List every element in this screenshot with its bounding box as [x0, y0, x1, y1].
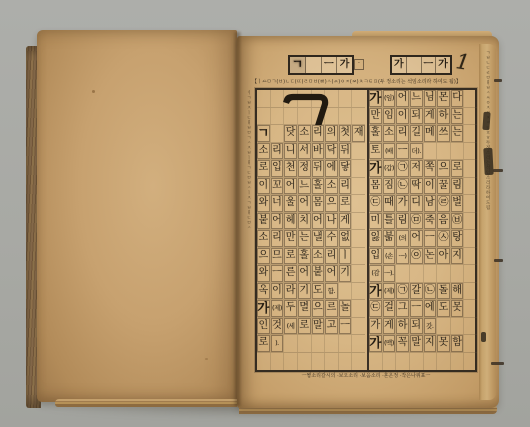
grid-cell [312, 353, 326, 371]
grid-cell: 림 [451, 178, 465, 195]
grid-cell: 걸 [383, 300, 397, 317]
grid-cell: (배 [383, 143, 397, 160]
left-blank-page [37, 30, 237, 402]
grid-cell: 리 [396, 125, 410, 142]
grid-cell: 도 [437, 300, 451, 317]
grid-cell: 는 [298, 230, 312, 247]
grid-cell [352, 248, 365, 265]
grid-cell: 게 [424, 108, 438, 125]
grid-cell: 어 [298, 265, 312, 282]
grid-cell [464, 178, 477, 195]
grid-cell [271, 353, 285, 371]
grid-cell: 말 [312, 318, 326, 335]
grid-cell [464, 318, 477, 335]
grid-cell: ㉦ [437, 230, 451, 247]
grid-cell: 벌 [451, 195, 465, 212]
grid-cell: ㉠ [396, 283, 410, 300]
entry-row: 토(배ㅡ더). [369, 143, 477, 161]
grid-cell [312, 335, 326, 352]
grid-cell: 쓰 [437, 125, 451, 142]
grid-cell [451, 143, 465, 160]
gutter-margin-print: ㅕㄱㅂㅈㅣㄷㅐㅂㅁㄱㅅㅈㅂㅣㅐㄱㄷㅁㅂㅅㅣㅈㄱㅂㅐㄷㅁㅅ [243, 90, 253, 368]
grid-cell [464, 108, 477, 125]
page-stack-edges-left [55, 399, 237, 407]
curl-edge-print: ㄱㅂㄴㄷㄹㅁㅐㅂㅅㅆㅇㅈㅉㅊㅋㅌㅍㅎ두정소리는석임소리라하여도됨 [483, 50, 492, 394]
headword-cell: 가 [369, 283, 383, 300]
grid-cell: 죽 [424, 213, 438, 230]
grid-cell: ㅡ) [396, 248, 410, 265]
grid-cell: 어 [396, 90, 410, 107]
grid-cell: 게 [383, 318, 397, 335]
entry-row: 이꼬어느홀소리 [257, 178, 365, 196]
grid-cell: ㅡ [410, 300, 424, 317]
grid-column-left: ㄱ닷소리의첫재소리니서바닥뒤로입천정뒤에닿이꼬어느홀소리와너울어몸으로붙어헤치어… [257, 90, 365, 370]
grid-cell: 몸 [312, 195, 326, 212]
grid-cell: 에 [325, 160, 339, 177]
grid-cell [298, 353, 312, 371]
paper-stain [205, 358, 208, 360]
grid-cell: 함. [325, 283, 339, 300]
grid-cell [352, 300, 365, 317]
grid-cell: 의 [325, 125, 339, 142]
photo-scene: ㅕㄱㅂㅈㅣㄷㅐㅂㅁㄱㅅㅈㅂㅣㅐㄱㄷㅁㅂㅅㅣㅈㄱㅂㅐㄷㅁㅅ ㄱ ㅡ 가 · 가 ㅡ… [0, 0, 530, 427]
grid-cell: 홀 [298, 248, 312, 265]
grid-cell: 몸 [369, 178, 383, 195]
grid-cell: 꼭 [396, 335, 410, 352]
grid-cell: 토 [369, 143, 383, 160]
grid-cell: 로 [339, 195, 353, 212]
entry-row: 가게하되갓. [369, 318, 477, 336]
grid-cell: 딱 [410, 178, 424, 195]
grid-cell: 어 [298, 195, 312, 212]
grid-cell: 으 [312, 300, 326, 317]
entry-row: ㉢걸그ㅡ에도못 [369, 300, 477, 318]
grid-cell: 그 [396, 300, 410, 317]
grid-cell: 놀 [339, 300, 353, 317]
ink-bleed-mark [481, 332, 486, 342]
entry-row: 인것(세로말고ㅡ [257, 318, 365, 336]
grid-cell: 는 [451, 125, 465, 142]
entry-row: 로입천정뒤에닿 [257, 160, 365, 178]
grid-cell: 없 [339, 230, 353, 247]
grid-cell: 리 [312, 125, 326, 142]
headword-cell: 가 [369, 335, 383, 352]
grid-cell [339, 335, 353, 352]
grid-cell [424, 265, 438, 282]
headword-cell: 가 [257, 300, 271, 317]
grid-cell: ㅡ). [383, 265, 397, 282]
grid-cell [410, 265, 424, 282]
grid-cell: ㅡ [271, 265, 285, 282]
grid-cell [339, 108, 353, 125]
grid-cell: 에 [424, 300, 438, 317]
grid-cell: ). [271, 335, 285, 352]
grid-cell: 꿀 [437, 178, 451, 195]
grid-cell [424, 353, 438, 371]
grid-cell: 못 [437, 335, 451, 352]
entry-row: 붙어헤치어나게 [257, 213, 365, 231]
range-end-glyph: 가 [436, 57, 450, 73]
grid-cell [464, 300, 477, 317]
grid-cell: (제) [271, 300, 285, 317]
grid-cell: 로 [298, 318, 312, 335]
grid-cell: 말 [410, 335, 424, 352]
grid-cell: 와 [257, 195, 271, 212]
grid-cell [464, 335, 477, 352]
grid-cell [464, 248, 477, 265]
grid-cell: 함 [451, 335, 465, 352]
grid-cell: 뒤 [339, 143, 353, 160]
grid-cell: 돌 [437, 283, 451, 300]
grid-cell [464, 143, 477, 160]
grid-cell: 짐 [383, 178, 397, 195]
entry-row: 가(제)㉠갈㉡돌해 [369, 283, 477, 301]
grid-cell: ㉢ [369, 195, 383, 212]
grid-cell: 소 [257, 143, 271, 160]
grid-cell: ㉢ [369, 300, 383, 317]
grid-cell: 뒤 [312, 160, 326, 177]
grid-cell: (의 [396, 230, 410, 247]
grid-cell: 도 [312, 283, 326, 300]
manuscript-grid: ㄱ닷소리의첫재소리니서바닥뒤로입천정뒤에닿이꼬어느홀소리와너울어몸으로붙어헤치어… [255, 88, 477, 372]
range-cell [407, 57, 422, 73]
entry-row: 잃붊(의어ㅡ㉦탕 [369, 230, 477, 248]
entry-row: 소리니서바닥뒤 [257, 143, 365, 161]
grid-cell: 갈 [410, 283, 424, 300]
grid-cell: 두 [284, 300, 298, 317]
grid-cell [396, 353, 410, 371]
grid-cell: (손 [383, 248, 397, 265]
grid-cell: 홀 [312, 178, 326, 195]
entry-row: 가(갑)㉠저쪽으로 [369, 160, 477, 178]
entry-row: 옥이라기도함. [257, 283, 365, 301]
grid-cell [451, 265, 465, 282]
grid-cell: 홀 [369, 125, 383, 142]
grid-cell [464, 90, 477, 107]
grid-cell: 리 [271, 230, 285, 247]
page-edge-curl: ㄱㅂㄴㄷㄹㅁㅐㅂㅅㅆㅇㅈㅉㅊㅋㅌㅍㅎ두정소리는석임소리라하여도됨 [479, 44, 496, 400]
range-end-glyph: 가 [337, 57, 352, 73]
range-mark: · [354, 59, 364, 70]
grid-cell: 나 [325, 213, 339, 230]
range-cell [306, 57, 322, 73]
grid-cell: 림 [396, 213, 410, 230]
grid-cell: 라 [284, 283, 298, 300]
grid-cell: (갑) [383, 160, 397, 177]
fore-edge-mark [493, 169, 503, 172]
grid-cell: 것 [271, 318, 285, 335]
grid-cell: 음 [437, 213, 451, 230]
grid-cell: 하 [437, 108, 451, 125]
grid-cell: 으 [257, 248, 271, 265]
grid-cell: 치 [298, 213, 312, 230]
grid-cell: 되 [410, 108, 424, 125]
grid-cell: 몬 [437, 90, 451, 107]
range-start-glyph: ㄱ [290, 57, 306, 73]
paper-stain [92, 90, 95, 93]
grid-cell: 로 [257, 335, 271, 352]
grid-cell: 낼 [312, 230, 326, 247]
grid-cell [437, 265, 451, 282]
grid-cell: ㉤ [410, 213, 424, 230]
right-manuscript-page: ㅕㄱㅂㅈㅣㄷㅐㅂㅁㄱㅅㅈㅂㅣㅐㄱㄷㅁㅂㅅㅣㅈㄱㅂㅐㄷㅁㅅ ㄱ ㅡ 가 · 가 ㅡ… [237, 36, 499, 408]
grid-cell [352, 90, 365, 107]
grid-cell [451, 353, 465, 371]
grid-cell: 른 [284, 265, 298, 282]
grid-cell [437, 318, 451, 335]
grid-cell: (맥) [383, 335, 397, 352]
grid-cell: 울 [284, 195, 298, 212]
entry-row: 홀소리길메쓰는 [369, 125, 477, 143]
grid-cell: (감 [369, 265, 383, 282]
grid-cell: 님 [424, 90, 438, 107]
grid-cell: 이 [257, 178, 271, 195]
grid-cell [298, 335, 312, 352]
grid-cell: 붙 [257, 213, 271, 230]
grid-cell: 므 [271, 248, 285, 265]
grid-cell: ㅡ [339, 318, 353, 335]
grid-cell [396, 265, 410, 282]
grid-cell: 소 [298, 125, 312, 142]
grid-cell [352, 283, 365, 300]
entry-row: 만임이되게하는 [369, 108, 477, 126]
grid-cell: 어 [271, 213, 285, 230]
grid-cell: 메 [424, 125, 438, 142]
large-giyeok-glyph [283, 92, 329, 125]
grid-cell [352, 108, 365, 125]
grid-cell: 다 [451, 90, 465, 107]
grid-cell: 으 [437, 160, 451, 177]
grid-cell: 수 [325, 230, 339, 247]
grid-cell [352, 318, 365, 335]
grid-cell: 지 [451, 248, 465, 265]
entry-row: 소리만는낼수없 [257, 230, 365, 248]
legend-bottom-print: ㅡ묗소리갈시의 ·보오소리 ·보옴소리 ·혼온정 ·작은나위표ㅡ [255, 372, 477, 380]
grid-cell: 때 [383, 195, 397, 212]
grid-cell: ㅡ [424, 230, 438, 247]
grid-cell [352, 143, 365, 160]
index-range-left: ㄱ ㅡ 가 [288, 55, 354, 75]
grid-cell [437, 143, 451, 160]
grid-cell [325, 353, 339, 371]
grid-cell: 남 [424, 195, 438, 212]
grid-cell: 길 [410, 125, 424, 142]
entry-row: 몸짐㉡딱이꿀림 [369, 178, 477, 196]
book-gutter-shadow [233, 32, 241, 406]
grid-cell: 바 [312, 143, 326, 160]
grid-cell: ㉡ [396, 178, 410, 195]
grid-cell: ㉡ [424, 283, 438, 300]
grid-cell: 너 [271, 195, 285, 212]
grid-cell: 저 [410, 160, 424, 177]
entry-row: 가(제)두멸으르놀 [257, 300, 365, 318]
grid-cell: ㉧ [410, 248, 424, 265]
entry-row: 가(임)어느님몬다 [369, 90, 477, 108]
grid-cell: 탕 [451, 230, 465, 247]
grid-cell [369, 353, 383, 371]
grid-cell: 느 [298, 178, 312, 195]
grid-cell [464, 353, 477, 371]
grid-cell [352, 265, 365, 282]
grid-cell [352, 160, 365, 177]
grid-cell: (임) [383, 90, 397, 107]
grid-cell: 어 [325, 265, 339, 282]
entry-row: ㄱ닷소리의첫재 [257, 125, 365, 143]
grid-cell: 게 [339, 213, 353, 230]
grid-cell: 소 [312, 248, 326, 265]
entry-row: 으므로홀소리ㅣ [257, 248, 365, 266]
grid-cell: 리 [339, 178, 353, 195]
grid-cell: 논 [424, 248, 438, 265]
grid-cell: 리 [325, 248, 339, 265]
range-start-glyph: 가 [392, 57, 407, 73]
grid-cell [464, 283, 477, 300]
grid-cell: 가 [369, 318, 383, 335]
legend-top-print: 【ㅣㅛㅁㄱ(ㅂ)ㄴㄷ(ㄸ)ㄹㅁㅂ(ㅃ)ㅅ(ㅆ)ㅇㅈ(ㅉ)ㅊㅋㅌㅍ(두 정소리는 … [252, 78, 480, 87]
entry-row [369, 353, 477, 371]
grid-cell: 어 [410, 230, 424, 247]
grid-cell: 로 [284, 248, 298, 265]
grid-cell: 인 [257, 318, 271, 335]
grid-cell: 기 [339, 265, 353, 282]
grid-cell: 임 [383, 108, 397, 125]
grid-cell [352, 178, 365, 195]
grid-cell [271, 125, 285, 142]
grid-cell: 하 [396, 318, 410, 335]
entry-row: 와너울어몸으로 [257, 195, 365, 213]
fore-edge-mark [494, 79, 502, 82]
index-range-right: 가 ㅡ 가 [390, 55, 452, 75]
grid-cell: 와 [257, 265, 271, 282]
grid-cell: 르 [325, 300, 339, 317]
grid-cell: 기 [298, 283, 312, 300]
entry-row: 입(손ㅡ)㉧논아지 [369, 248, 477, 266]
grid-cell [352, 335, 365, 352]
grid-cell: ㅣ [339, 248, 353, 265]
grid-cell [257, 90, 271, 107]
grid-cell: 헤 [284, 213, 298, 230]
grid-cell: 붙 [312, 265, 326, 282]
grid-cell [464, 160, 477, 177]
fore-edge-mark [494, 259, 503, 262]
grid-cell: 리 [271, 143, 285, 160]
grid-cell: 갓. [424, 318, 438, 335]
grid-cell [464, 213, 477, 230]
grid-cell [451, 318, 465, 335]
grid-cell [352, 195, 365, 212]
grid-cell [284, 353, 298, 371]
entry-row: (감ㅡ). [369, 265, 477, 283]
page-number: 1 [454, 49, 471, 75]
grid-cell: 소 [325, 178, 339, 195]
grid-cell: ㉣ [437, 195, 451, 212]
entry-row [257, 353, 365, 371]
range-dash: ㅡ [422, 57, 437, 73]
grid-cell: 는 [451, 108, 465, 125]
grid-cell: 로 [451, 160, 465, 177]
grid-cell [437, 353, 451, 371]
grid-cell: 첫 [339, 125, 353, 142]
grid-cell: 지 [424, 335, 438, 352]
entry-row: 와ㅡ른어붙어기 [257, 265, 365, 283]
grid-cell: 정 [298, 160, 312, 177]
grid-cell: 어 [284, 178, 298, 195]
grid-cell [339, 90, 353, 107]
headword-cell: ㄱ [257, 125, 271, 142]
grid-cell: 미 [369, 213, 383, 230]
grid-cell: 붊 [383, 230, 397, 247]
grid-cell [339, 283, 353, 300]
grid-cell: ㉠ [396, 160, 410, 177]
grid-cell [352, 213, 365, 230]
grid-cell [464, 195, 477, 212]
grid-cell: 입 [369, 248, 383, 265]
headword-cell: 가 [369, 90, 383, 107]
grid-cell [284, 335, 298, 352]
grid-cell: 만 [369, 108, 383, 125]
grid-cell [410, 353, 424, 371]
grid-cell: 더). [410, 143, 424, 160]
entry-row: ㉢때가디남㉣벌 [369, 195, 477, 213]
grid-cell: 만 [284, 230, 298, 247]
grid-cell [257, 108, 271, 125]
grid-cell: 해 [451, 283, 465, 300]
grid-cell: 아 [437, 248, 451, 265]
grid-cell: 디 [410, 195, 424, 212]
grid-cell: 소 [257, 230, 271, 247]
grid-cell: 소 [383, 125, 397, 142]
headword-cell: 가 [369, 160, 383, 177]
grid-cell [464, 265, 477, 282]
grid-cell [464, 230, 477, 247]
grid-cell: 서 [298, 143, 312, 160]
range-dash: ㅡ [322, 57, 338, 73]
grid-cell [464, 125, 477, 142]
grid-cell [352, 230, 365, 247]
grid-cell: 꼬 [271, 178, 285, 195]
grid-cell: 틀 [383, 213, 397, 230]
grid-cell: 어 [312, 213, 326, 230]
grid-cell [383, 353, 397, 371]
grid-cell: 닷 [284, 125, 298, 142]
grid-cell [352, 353, 365, 371]
grid-cell: (제) [383, 283, 397, 300]
grid-cell: ㉥ [451, 213, 465, 230]
grid-cell: 잃 [369, 230, 383, 247]
grid-cell: 이 [396, 108, 410, 125]
entry-row: 가(맥)꼭말지못함 [369, 335, 477, 353]
grid-cell: (세 [284, 318, 298, 335]
grid-cell: 천 [284, 160, 298, 177]
entry-row: 미틀림㉤죽음㉥ [369, 213, 477, 231]
grid-cell [325, 335, 339, 352]
entry-row: 로). [257, 335, 365, 353]
grid-cell: 이 [271, 283, 285, 300]
grid-cell: 고 [325, 318, 339, 335]
grid-cell: 쪽 [424, 160, 438, 177]
grid-cell: 옥 [257, 283, 271, 300]
grid-cell: 닿 [339, 160, 353, 177]
grid-cell [339, 353, 353, 371]
grid-cell: 되 [410, 318, 424, 335]
grid-cell: 니 [284, 143, 298, 160]
grid-cell [424, 143, 438, 160]
grid-cell: 로 [257, 160, 271, 177]
grid-cell: 이 [424, 178, 438, 195]
grid-cell: 못 [451, 300, 465, 317]
grid-cell: 재 [352, 125, 365, 142]
grid-cell: 느 [410, 90, 424, 107]
